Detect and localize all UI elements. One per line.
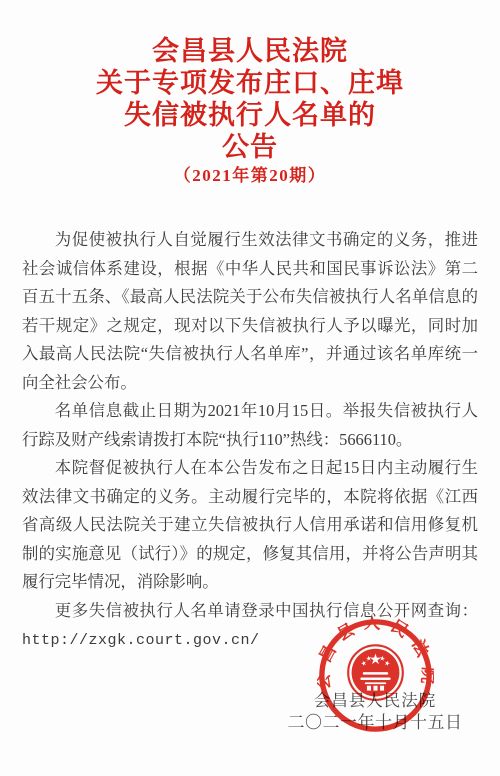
signature-court-name: 会昌县人民法院 (266, 691, 484, 710)
title-line-3: 失信被执行人名单的 (0, 99, 500, 131)
paragraph-more-info: 更多失信被执行人名单请登录中国执行信息公开网查询：http://zxgk.cou… (22, 597, 478, 656)
document-title: 会昌县人民法院 关于专项发布庄口、庄埠 失信被执行人名单的 公告 (0, 35, 500, 163)
website-url: http://zxgk.court.gov.cn/ (22, 632, 260, 649)
paragraph-cutoff-hotline: 名单信息截止日期为2021年10月15日。举报失信被执行人行踪及财产线索请拨打本… (22, 397, 478, 454)
issue-number: （2021年第20期） (0, 164, 500, 188)
more-info-text: 更多失信被执行人名单请登录中国执行信息公开网查询： (55, 601, 478, 620)
announcement-document: 会昌县人民法院 关于专项发布庄口、庄埠 失信被执行人名单的 公告 （2021年第… (0, 0, 500, 776)
signature-block: 会昌县人民法院 二〇二一年十月十五日 (266, 691, 484, 733)
title-line-2: 关于专项发布庄口、庄埠 (0, 67, 500, 99)
document-body: 为促使被执行人自觉履行生效法律文书确定的义务，推进社会诚信体系建设，根据《中华人… (22, 226, 478, 656)
paragraph-compliance: 本院督促被执行人在本公告发布之日起15日内主动履行生效法律文书确定的义务。主动履… (22, 454, 478, 597)
paragraph-purpose: 为促使被执行人自觉履行生效法律文书确定的义务，推进社会诚信体系建设，根据《中华人… (22, 226, 478, 397)
title-line-4: 公告 (0, 131, 500, 163)
signature-date: 二〇二一年十月十五日 (266, 713, 484, 733)
title-line-1: 会昌县人民法院 (0, 35, 500, 67)
